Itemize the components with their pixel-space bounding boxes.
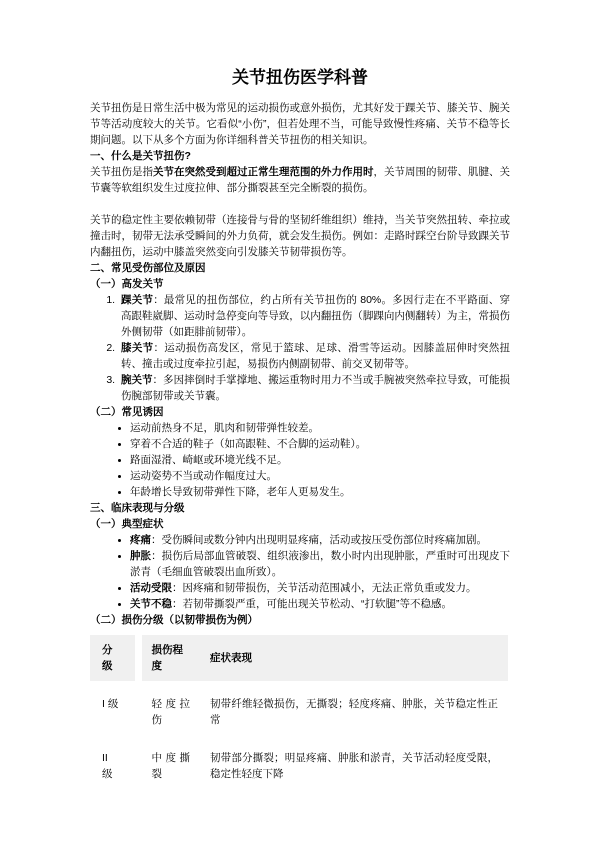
limited-motion-lead: 活动受限: [130, 582, 172, 594]
document-page: 关节扭伤医学科普 关节扭伤是日常生活中极为常见的运动损伤或意外损伤，尤其好发于踝…: [0, 0, 595, 841]
pain-text: ：受伤瞬间或数分钟内出现明显疼痛，活动或按压受伤部位时疼痛加剧。: [151, 534, 487, 546]
knee-text: ：运动损伤高发区，常见于篮球、足球、滑雪等运动。因膝盖屈伸时突然扭转、撞击或过度…: [121, 342, 510, 370]
heading-typical-symptoms: （一）典型症状: [90, 516, 510, 532]
wrist-text: ：多因摔倒时手掌撑地、搬运重物时用力不当或手腕被突然牵拉导致，可能损伤腕部韧带或…: [121, 374, 510, 402]
definition-bold-text: 关节在突然受到超过正常生理范围的外力作用时: [153, 166, 374, 178]
high-risk-joints-list: 踝关节：最常见的扭伤部位，约占所有关节扭伤的 80%。多因行走在不平路面、穿高跟…: [90, 292, 510, 404]
definition-pre-text: 关节扭伤是指: [90, 166, 153, 178]
table-header-symptoms: 症状表现: [200, 635, 508, 681]
table-row-grade-2: II 级 中度撕裂 韧带部分撕裂；明显疼痛、肿胀和淤青，关节活动轻度受限，稳定性…: [90, 735, 508, 789]
limited-motion-text: ：因疼痛和韧带损伤，关节活动范围减小，无法正常负重或发力。: [172, 582, 477, 594]
ankle-text: ：最常见的扭伤部位，约占所有关节扭伤的 80%。多因行走在不平路面、穿高跟鞋崴脚…: [121, 294, 510, 338]
table-header-grade: 分级: [90, 635, 138, 681]
common-causes-list: 运动前热身不足，肌肉和韧带弹性较差。 穿着不合适的鞋子（如高跟鞋、不合脚的运动鞋…: [90, 420, 510, 500]
symptom-item-swelling: 肿胀：损伤后局部血管破裂、组织液渗出，数小时内出现肿胀，严重时可出现皮下淤青（毛…: [130, 548, 510, 580]
heading-high-risk-joints: （一）高发关节: [90, 276, 510, 292]
grade-2-cell: II 级: [90, 735, 138, 789]
definition-paragraph: 关节扭伤是指关节在突然受到超过正常生理范围的外力作用时，关节周围的韧带、肌腱、关…: [90, 164, 510, 196]
grade-2-degree-cell: 中度撕裂: [138, 735, 200, 789]
cause-item: 年龄增长导致韧带弹性下降，老年人更易发生。: [130, 484, 510, 500]
heading-common-causes: （二）常见诱因: [90, 404, 510, 420]
table-header-row: 分级 损伤程度 症状表现: [90, 635, 508, 681]
page-title: 关节扭伤医学科普: [90, 66, 510, 90]
knee-lead: 膝关节: [121, 342, 153, 354]
instability-lead: 关节不稳: [130, 598, 172, 610]
heading-injury-grading: （二）损伤分级（以韧带损伤为例）: [90, 612, 510, 628]
symptom-item-limited-motion: 活动受限：因疼痛和韧带损伤，关节活动范围减小，无法正常负重或发力。: [130, 580, 510, 596]
wrist-lead: 腕关节: [121, 374, 153, 386]
list-item-ankle: 踝关节：最常见的扭伤部位，约占所有关节扭伤的 80%。多因行走在不平路面、穿高跟…: [118, 292, 510, 340]
heading-what-is-sprain: 一、什么是关节扭伤?: [90, 148, 510, 164]
stability-paragraph: 关节的稳定性主要依赖韧带（连接骨与骨的坚韧纤维组织）维持，当关节突然扭转、牵拉或…: [90, 212, 510, 260]
grade-1-cell: I 级: [90, 681, 138, 735]
ankle-lead: 踝关节: [121, 294, 153, 306]
intro-paragraph: 关节扭伤是日常生活中极为常见的运动损伤或意外损伤，尤其好发于踝关节、膝关节、腕关…: [90, 100, 510, 148]
cause-item: 路面湿滑、崎岖或环境光线不足。: [130, 452, 510, 468]
grade-1-degree-cell: 轻度拉伤: [138, 681, 200, 735]
swelling-lead: 肿胀: [130, 550, 151, 562]
list-item-knee: 膝关节：运动损伤高发区，常见于篮球、足球、滑雪等运动。因膝盖屈伸时突然扭转、撞击…: [118, 340, 510, 372]
symptom-item-instability: 关节不稳：若韧带撕裂严重，可能出现关节松动、“打软腿”等不稳感。: [130, 596, 510, 612]
grade-2-symptoms-cell: 韧带部分撕裂；明显疼痛、肿胀和淤青，关节活动轻度受限，稳定性轻度下降: [200, 735, 508, 789]
heading-common-sites: 二、常见受伤部位及原因: [90, 260, 510, 276]
cause-item: 运动姿势不当或动作幅度过大。: [130, 468, 510, 484]
swelling-text: ：损伤后局部血管破裂、组织液渗出，数小时内出现肿胀，严重时可出现皮下淤青（毛细血…: [130, 550, 510, 578]
cause-item: 运动前热身不足，肌肉和韧带弹性较差。: [130, 420, 510, 436]
injury-grade-table: 分级 损伤程度 症状表现 I 级 轻度拉伤 韧带纤维轻微损伤，无撕裂；轻度疼痛、…: [90, 635, 512, 789]
symptom-item-pain: 疼痛：受伤瞬间或数分钟内出现明显疼痛，活动或按压受伤部位时疼痛加剧。: [130, 532, 510, 548]
heading-clinical-presentation: 三、临床表现与分级: [90, 500, 510, 516]
table-row-grade-1: I 级 轻度拉伤 韧带纤维轻微损伤，无撕裂；轻度疼痛、肿胀，关节稳定性正常: [90, 681, 508, 735]
instability-text: ：若韧带撕裂严重，可能出现关节松动、“打软腿”等不稳感。: [172, 598, 452, 610]
grade-1-symptoms-cell: 韧带纤维轻微损伤，无撕裂；轻度疼痛、肿胀，关节稳定性正常: [200, 681, 508, 735]
cause-item: 穿着不合适的鞋子（如高跟鞋、不合脚的运动鞋）。: [130, 436, 510, 452]
list-item-wrist: 腕关节：多因摔倒时手掌撑地、搬运重物时用力不当或手腕被突然牵拉导致，可能损伤腕部…: [118, 372, 510, 404]
pain-lead: 疼痛: [130, 534, 151, 546]
table-header-degree: 损伤程度: [138, 635, 200, 681]
typical-symptoms-list: 疼痛：受伤瞬间或数分钟内出现明显疼痛，活动或按压受伤部位时疼痛加剧。 肿胀：损伤…: [90, 532, 510, 612]
